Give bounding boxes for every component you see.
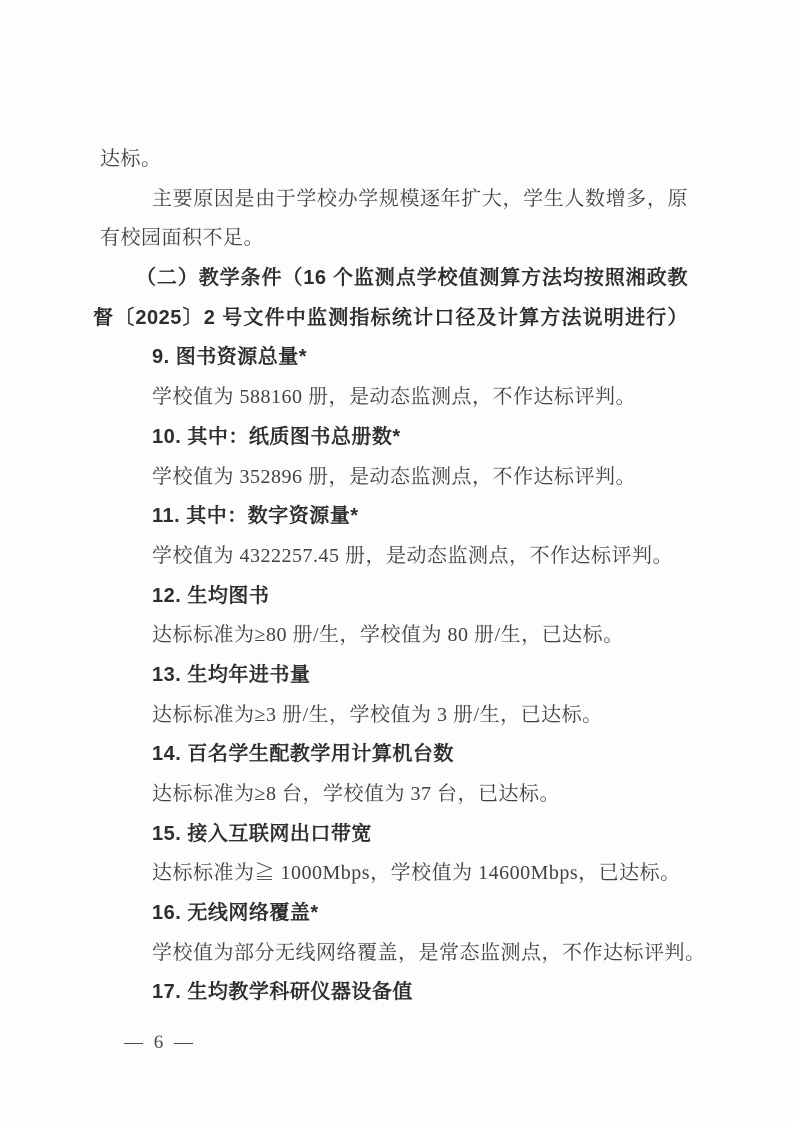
text-line: 学校值为部分无线网络覆盖，是常态监测点，不作达标评判。 (100, 934, 688, 974)
text-line: 达标标准为≥3 册/生，学校值为 3 册/生，已达标。 (100, 696, 688, 736)
heading-line: 9. 图书资源总量* (100, 338, 688, 378)
text-line: 有校园面积不足。 (100, 219, 688, 259)
text-line: 达标标准为≧ 1000Mbps，学校值为 14600Mbps，已达标。 (100, 854, 688, 894)
scanned-document-page: 达标。主要原因是由于学校办学规模逐年扩大，学生人数增多，原有校园面积不足。（二）… (0, 0, 793, 1122)
heading-line: 13. 生均年进书量 (100, 656, 688, 696)
heading-line: 15. 接入互联网出口带宽 (100, 815, 688, 855)
text-line: 主要原因是由于学校办学规模逐年扩大，学生人数增多，原 (100, 180, 688, 220)
heading-line: 17. 生均教学科研仪器设备值 (100, 973, 688, 1013)
heading-line: 督〔2025〕2 号文件中监测指标统计口径及计算方法说明进行） (93, 299, 688, 339)
text-line: 达标标准为≥80 册/生，学校值为 80 册/生，已达标。 (100, 616, 688, 656)
heading-line: 12. 生均图书 (100, 577, 688, 617)
text-line: 学校值为 352896 册，是动态监测点，不作达标评判。 (100, 458, 688, 498)
document-body: 达标。主要原因是由于学校办学规模逐年扩大，学生人数增多，原有校园面积不足。（二）… (100, 140, 688, 1013)
text-line: 达标标准为≥8 台，学校值为 37 台，已达标。 (100, 775, 688, 815)
text-line: 达标。 (100, 140, 688, 180)
heading-line: 14. 百名学生配教学用计算机台数 (100, 735, 688, 775)
heading-line: 10. 其中：纸质图书总册数* (100, 418, 688, 458)
heading-line: （二）教学条件（16 个监测点学校值测算方法均按照湘政教 (100, 259, 688, 299)
heading-line: 11. 其中：数字资源量* (100, 497, 688, 537)
text-line: 学校值为 4322257.45 册，是动态监测点，不作达标评判。 (100, 537, 688, 577)
text-line: 学校值为 588160 册，是动态监测点，不作达标评判。 (100, 378, 688, 418)
page-number: — 6 — (124, 1031, 196, 1055)
heading-line: 16. 无线网络覆盖* (100, 894, 688, 934)
